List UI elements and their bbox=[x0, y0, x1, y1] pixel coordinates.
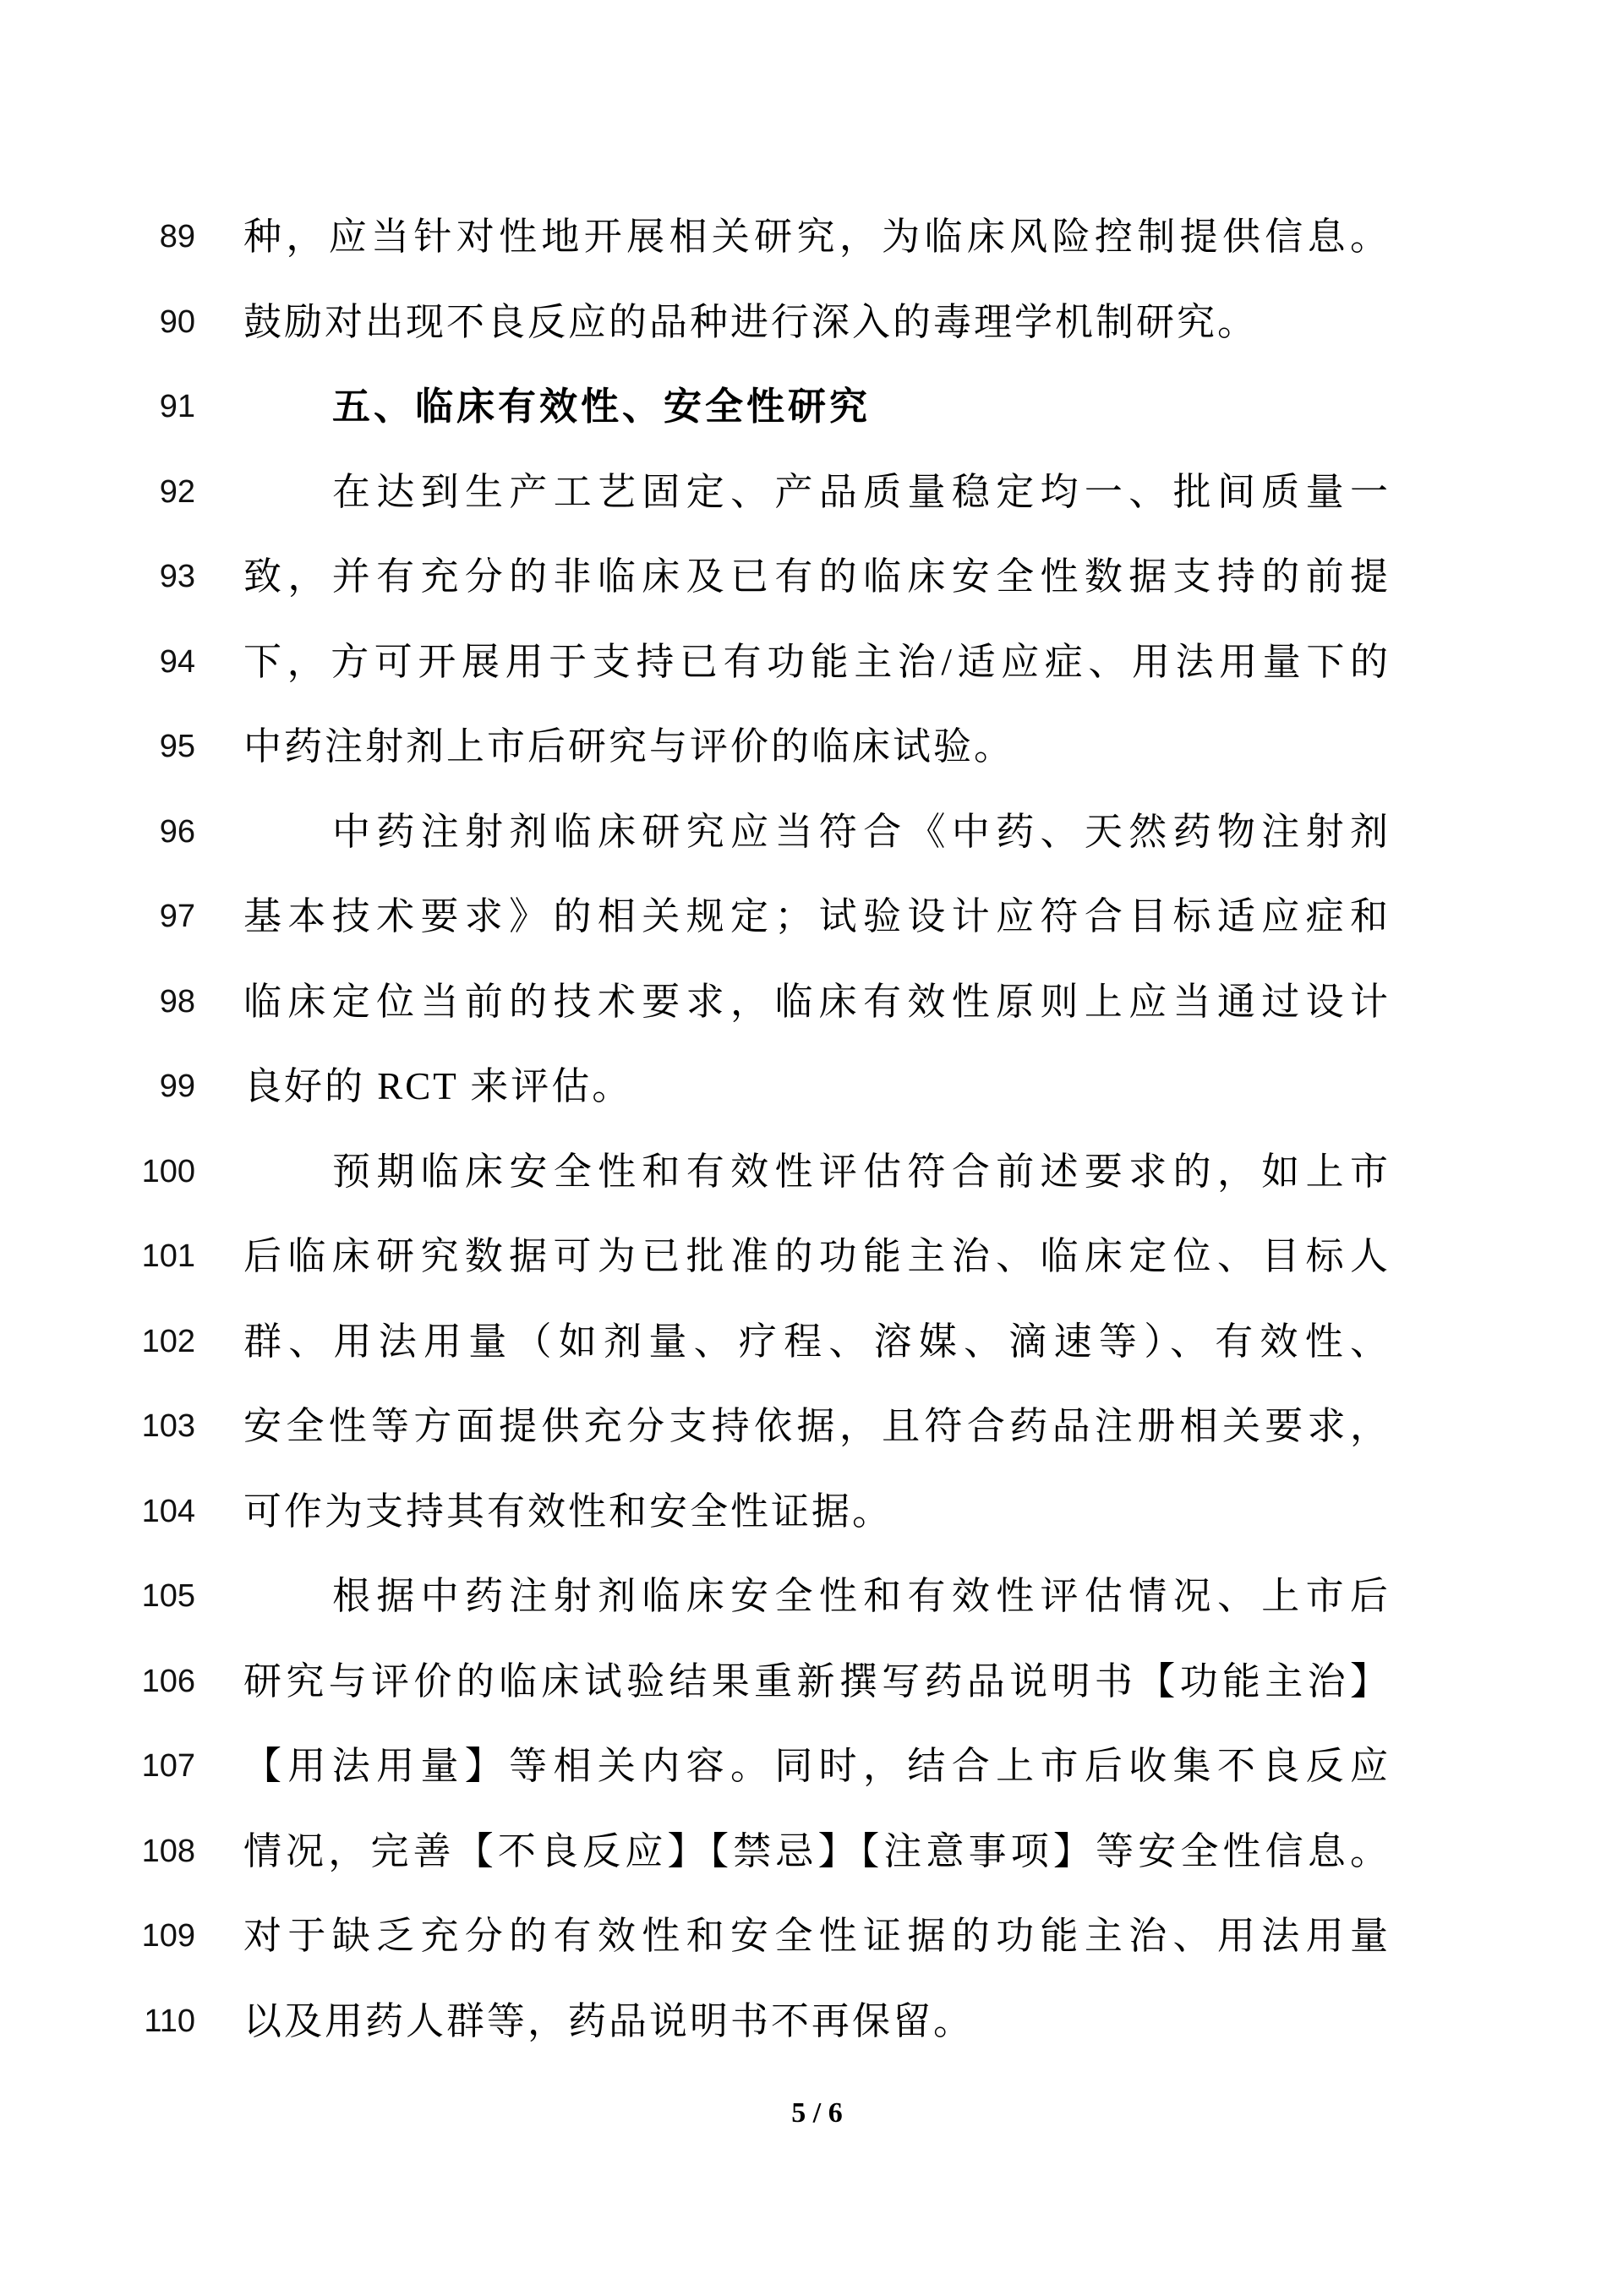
line-text: 安全性等方面提供充分支持依据，且符合药品注册相关要求， bbox=[243, 1384, 1391, 1469]
document-line: 97 基本技术要求》的相关规定；试验设计应符合目标适应症和 bbox=[0, 874, 1623, 959]
line-text: 对于缺乏充分的有效性和安全性证据的功能主治、用法用量 bbox=[243, 1894, 1391, 1979]
line-text: 后临床研究数据可为已批准的功能主治、临床定位、目标人 bbox=[243, 1214, 1391, 1299]
line-number: 96 bbox=[0, 790, 195, 875]
document-line: 104 可作为支持其有效性和安全性证据。 bbox=[0, 1469, 1623, 1555]
line-text: 情况，完善【不良反应】【禁忌】【注意事项】等安全性信息。 bbox=[243, 1809, 1391, 1894]
line-number: 91 bbox=[0, 364, 195, 450]
line-text: 中药注射剂上市后研究与评价的临床试验。 bbox=[243, 704, 1391, 790]
line-number: 109 bbox=[0, 1894, 195, 1979]
line-number: 89 bbox=[0, 194, 195, 280]
line-number: 100 bbox=[0, 1129, 195, 1215]
line-text: 以及用药人群等，药品说明书不再保留。 bbox=[243, 1979, 1391, 2064]
line-number: 95 bbox=[0, 704, 195, 790]
document-page: 89 种，应当针对性地开展相关研究，为临床风险控制提供信息。 90 鼓励对出现不… bbox=[0, 0, 1623, 2296]
document-line: 110 以及用药人群等，药品说明书不再保留。 bbox=[0, 1979, 1623, 2064]
document-line: 92 在达到生产工艺固定、产品质量稳定均一、批间质量一 bbox=[0, 450, 1623, 535]
line-text: 【用法用量】等相关内容。同时，结合上市后收集不良反应 bbox=[243, 1724, 1391, 1809]
line-text: 种，应当针对性地开展相关研究，为临床风险控制提供信息。 bbox=[243, 194, 1391, 280]
line-number: 103 bbox=[0, 1384, 195, 1469]
document-line: 108 情况，完善【不良反应】【禁忌】【注意事项】等安全性信息。 bbox=[0, 1809, 1623, 1894]
document-line: 107 【用法用量】等相关内容。同时，结合上市后收集不良反应 bbox=[0, 1724, 1623, 1809]
line-text: 可作为支持其有效性和安全性证据。 bbox=[243, 1469, 1391, 1555]
line-text: 中药注射剂临床研究应当符合《中药、天然药物注射剂 bbox=[243, 790, 1391, 875]
line-text: 预期临床安全性和有效性评估符合前述要求的，如上市 bbox=[243, 1129, 1391, 1215]
document-line: 100 预期临床安全性和有效性评估符合前述要求的，如上市 bbox=[0, 1129, 1623, 1215]
line-text: 研究与评价的临床试验结果重新撰写药品说明书【功能主治】 bbox=[243, 1639, 1391, 1725]
line-number: 98 bbox=[0, 959, 195, 1045]
document-line: 91 五、临床有效性、安全性研究 bbox=[0, 364, 1623, 450]
document-line: 95 中药注射剂上市后研究与评价的临床试验。 bbox=[0, 704, 1623, 790]
line-number: 99 bbox=[0, 1044, 195, 1129]
document-line: 96 中药注射剂临床研究应当符合《中药、天然药物注射剂 bbox=[0, 790, 1623, 875]
document-line: 103 安全性等方面提供充分支持依据，且符合药品注册相关要求， bbox=[0, 1384, 1623, 1469]
line-number: 92 bbox=[0, 450, 195, 535]
document-line: 102 群、用法用量（如剂量、疗程、溶媒、滴速等）、有效性、 bbox=[0, 1299, 1623, 1385]
line-text: 群、用法用量（如剂量、疗程、溶媒、滴速等）、有效性、 bbox=[243, 1299, 1391, 1385]
line-number: 106 bbox=[0, 1639, 195, 1725]
document-line: 90 鼓励对出现不良反应的品种进行深入的毒理学机制研究。 bbox=[0, 280, 1623, 365]
line-text: 下，方可开展用于支持已有功能主治/适应症、用法用量下的 bbox=[243, 620, 1391, 705]
line-number: 107 bbox=[0, 1724, 195, 1809]
line-number: 108 bbox=[0, 1809, 195, 1894]
line-number: 102 bbox=[0, 1299, 195, 1385]
document-line: 98 临床定位当前的技术要求，临床有效性原则上应当通过设计 bbox=[0, 959, 1623, 1045]
document-line: 106 研究与评价的临床试验结果重新撰写药品说明书【功能主治】 bbox=[0, 1639, 1623, 1725]
line-text: 五、临床有效性、安全性研究 bbox=[243, 364, 1391, 450]
line-number: 110 bbox=[0, 1979, 195, 2064]
line-number: 104 bbox=[0, 1469, 195, 1555]
line-text: 基本技术要求》的相关规定；试验设计应符合目标适应症和 bbox=[243, 874, 1391, 959]
document-line: 89 种，应当针对性地开展相关研究，为临床风险控制提供信息。 bbox=[0, 194, 1623, 280]
document-line: 109 对于缺乏充分的有效性和安全性证据的功能主治、用法用量 bbox=[0, 1894, 1623, 1979]
document-line: 99 良好的 RCT 来评估。 bbox=[0, 1044, 1623, 1129]
line-text: 临床定位当前的技术要求，临床有效性原则上应当通过设计 bbox=[243, 959, 1391, 1045]
document-line: 101 后临床研究数据可为已批准的功能主治、临床定位、目标人 bbox=[0, 1214, 1623, 1299]
line-number: 94 bbox=[0, 620, 195, 705]
line-text: 在达到生产工艺固定、产品质量稳定均一、批间质量一 bbox=[243, 450, 1391, 535]
line-text: 致，并有充分的非临床及已有的临床安全性数据支持的前提 bbox=[243, 534, 1391, 620]
line-number: 97 bbox=[0, 874, 195, 959]
line-text: 鼓励对出现不良反应的品种进行深入的毒理学机制研究。 bbox=[243, 280, 1391, 365]
line-number: 90 bbox=[0, 280, 195, 365]
line-number: 105 bbox=[0, 1554, 195, 1639]
line-text: 良好的 RCT 来评估。 bbox=[243, 1044, 1391, 1129]
document-line: 94 下，方可开展用于支持已有功能主治/适应症、用法用量下的 bbox=[0, 620, 1623, 705]
line-text: 根据中药注射剂临床安全性和有效性评估情况、上市后 bbox=[243, 1554, 1391, 1639]
line-number: 101 bbox=[0, 1214, 195, 1299]
document-line: 93 致，并有充分的非临床及已有的临床安全性数据支持的前提 bbox=[0, 534, 1623, 620]
document-line: 105 根据中药注射剂临床安全性和有效性评估情况、上市后 bbox=[0, 1554, 1623, 1639]
document-body: 89 种，应当针对性地开展相关研究，为临床风险控制提供信息。 90 鼓励对出现不… bbox=[0, 194, 1623, 2064]
line-number: 93 bbox=[0, 534, 195, 620]
page-number-footer: 5 / 6 bbox=[243, 2073, 1391, 2154]
